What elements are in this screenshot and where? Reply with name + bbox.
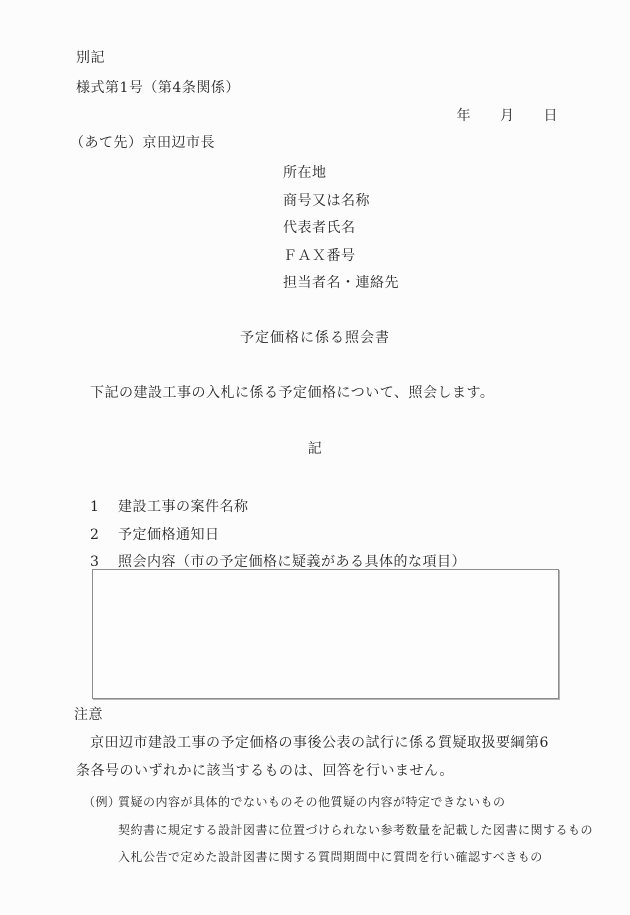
- example-label: （例）: [83, 789, 118, 817]
- sender-fields: 所在地 商号又は名称 代表者氏名 ＦＡＸ番号 担当者名・連絡先: [283, 160, 399, 298]
- field-label-contact-person: 担当者名・連絡先: [283, 270, 399, 298]
- item-notice-date: 2予定価格通知日: [76, 522, 466, 550]
- ki-mark: 記: [0, 438, 630, 458]
- item-number: 2: [90, 522, 118, 550]
- item-number: 1: [90, 494, 118, 522]
- item-label: 予定価格通知日: [118, 527, 220, 543]
- notice-heading: 注意: [74, 704, 103, 724]
- item-label: 建設工事の案件名称: [118, 499, 249, 515]
- field-label-address: 所在地: [283, 160, 399, 188]
- field-label-representative-name: 代表者氏名: [283, 215, 399, 243]
- item-project-name: 1建設工事の案件名称: [76, 494, 466, 522]
- inquiry-content-box: [92, 569, 559, 699]
- notice-body: 京田辺市建設工事の予定価格の事後公表の試行に係る質疑取扱要綱第6条各号のいずれか…: [76, 730, 563, 785]
- document-title: 予定価格に係る照会書: [0, 327, 630, 347]
- form-number: 様式第1号（第4条関係）: [76, 77, 240, 97]
- example-line-2: 契約書に規定する設計図書に位置づけられない参考数量を記載した図書に関するもの: [118, 817, 593, 845]
- numbered-items: 1建設工事の案件名称 2予定価格通知日 3照会内容（市の予定価格に疑義がある具体…: [76, 494, 466, 577]
- document-page: 別記 様式第1号（第4条関係） 年 月 日 （あて先）京田辺市長 所在地 商号又…: [0, 0, 630, 915]
- examples-section: （例）質疑の内容が具体的でないものその他質疑の内容が特定できないもの 契約書に規…: [83, 789, 593, 872]
- item-label: 照会内容（市の予定価格に疑義がある具体的な項目）: [118, 554, 466, 570]
- field-label-fax-number: ＦＡＸ番号: [283, 243, 399, 271]
- example-line-1: （例）質疑の内容が具体的でないものその他質疑の内容が特定できないもの: [83, 789, 593, 817]
- appendix-label: 別記: [76, 47, 105, 67]
- body-paragraph: 下記の建設工事の入札に係る予定価格について、照会します。: [76, 382, 494, 402]
- date-line: 年 月 日: [457, 105, 559, 125]
- addressee-line: （あて先）京田辺市長: [70, 132, 215, 152]
- field-label-company-name: 商号又は名称: [283, 188, 399, 216]
- example-line-3: 入札公告で定めた設計図書に関する質問期間中に質問を行い確認すべきもの: [118, 844, 593, 872]
- example-text: 質疑の内容が具体的でないものその他質疑の内容が特定できないもの: [118, 795, 506, 809]
